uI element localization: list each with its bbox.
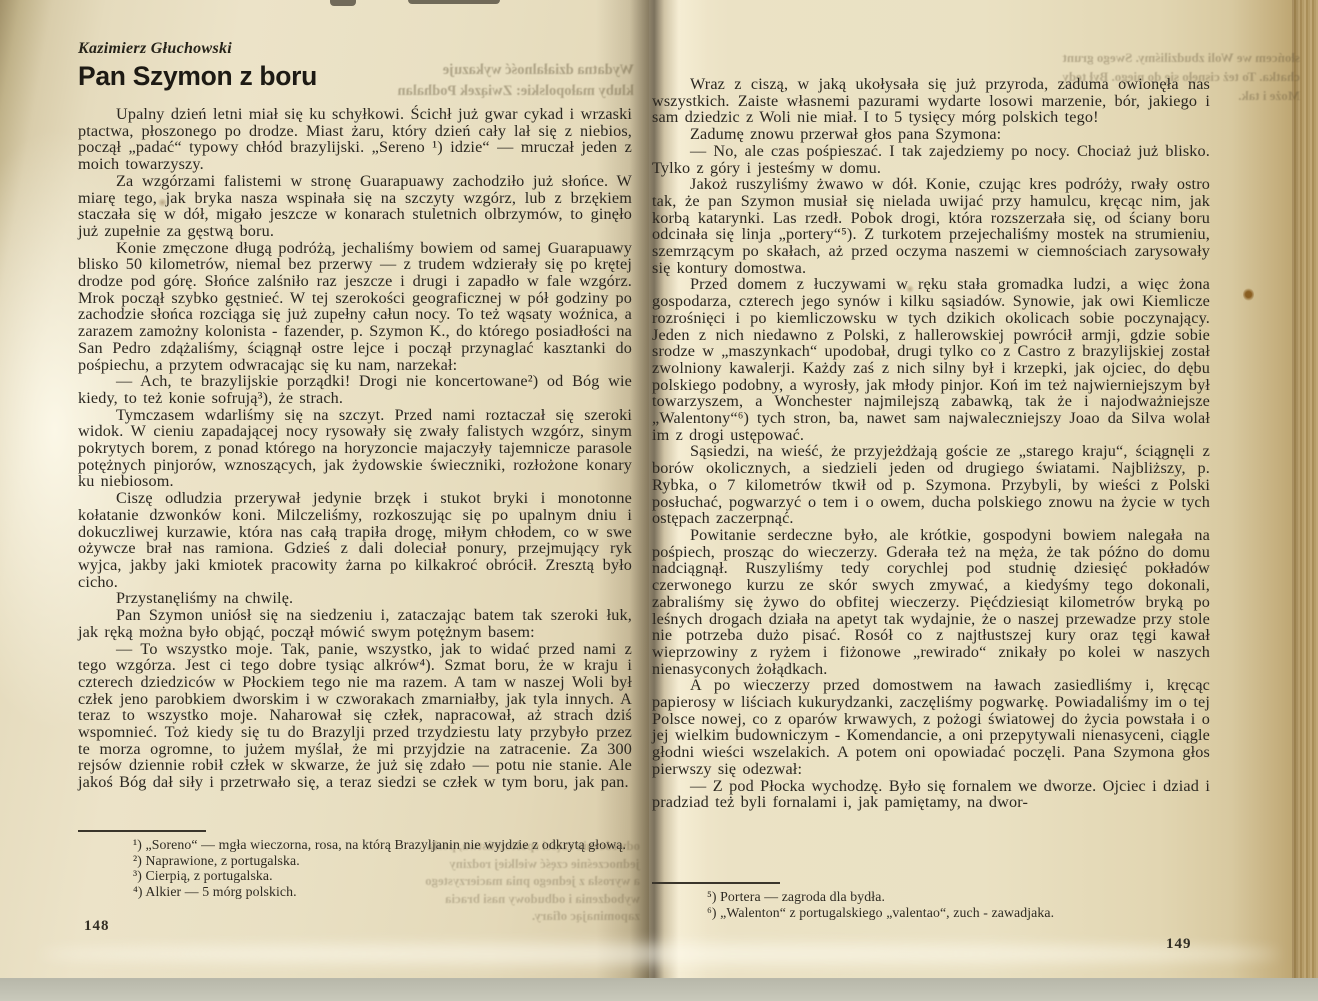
author-name: Kazimierz Głuchowski <box>78 40 632 58</box>
paragraph: Tymczasem wdarliśmy się na szczyt. Przed… <box>78 407 632 491</box>
footnote: ⁶) „Walenton“ z portugalskiego „valentao… <box>652 905 1210 921</box>
paragraph: Wraz z ciszą, w jaką ukołysała się już p… <box>652 76 1210 126</box>
footnote: ³) Cierpią, z portugalska. <box>78 868 632 884</box>
page-number: 148 <box>84 918 110 935</box>
paragraph: Przed domem z łuczywami w ręku stała gro… <box>652 276 1210 443</box>
footnote-rule <box>652 882 780 884</box>
left-page-body: Upalny dzień letni miał się ku schyłkowi… <box>78 106 632 791</box>
paragraph: — Ach, te brazylijskie porządki! Drogi n… <box>78 373 632 406</box>
paragraph: Sąsiedzi, na wieść, że przyjeżdżają gośc… <box>652 443 1210 527</box>
edge-smudge <box>408 0 500 4</box>
page-edge <box>1292 0 1318 978</box>
paragraph: Jakoż ruszyliśmy żwawo w dół. Konie, czu… <box>652 176 1210 276</box>
right-page-body: Wraz z ciszą, w jaką ukołysała się już p… <box>652 76 1210 811</box>
footnote: ⁴) Alkier — 5 mórg polskich. <box>78 884 632 900</box>
page-number: 149 <box>1166 936 1192 953</box>
right-page-content: Wraz z ciszą, w jaką ukołysała się już p… <box>652 76 1210 811</box>
footnote: ⁵) Portera — zagroda dla bydła. <box>652 889 1210 905</box>
footnote: ¹) „Soreno“ — mgła wieczorna, rosa, na k… <box>78 837 632 853</box>
paragraph: Za wzgórzami falistemi w stronę Guarapua… <box>78 173 632 240</box>
paragraph: Przystanęliśmy na chwilę. <box>78 590 632 607</box>
footnote: ²) Naprawione, z portugalska. <box>78 853 632 869</box>
paragraph: Zadumę znowu przerwał głos pana Szymona: <box>652 126 1210 143</box>
right-footnotes: ⁵) Portera — zagroda dla bydła. ⁶) „Wale… <box>652 882 1210 920</box>
article-title: Pan Szymon z boru <box>78 61 621 92</box>
left-page-content: Kazimierz Głuchowski Pan Szymon z boru U… <box>78 40 632 791</box>
paragraph: Ciszę odludzia przerywał jedynie brzęk i… <box>78 490 632 590</box>
paragraph: Upalny dzień letni miał się ku schyłkowi… <box>78 106 632 173</box>
footnote-rule <box>78 830 206 832</box>
page-curvature-highlight <box>40 944 1280 964</box>
edge-smudge <box>330 0 356 6</box>
left-footnotes: ¹) „Soreno“ — mgła wieczorna, rosa, na k… <box>78 830 632 899</box>
scanner-background <box>0 978 1318 1001</box>
paragraph: Konie zmęczone długą podróżą, jechaliśmy… <box>78 240 632 374</box>
paragraph: — No, ale czas pośpieszać. I tak zajedzi… <box>652 143 1210 176</box>
paragraph: Powitanie serdeczne było, ale krótkie, g… <box>652 527 1210 677</box>
paragraph: Pan Szymon uniósł się na siedzeniu i, za… <box>78 607 632 640</box>
book-scan: Wydatna działalność wykazuje kluby małop… <box>0 0 1318 1001</box>
paragraph: — To wszystko moje. Tak, panie, wszystko… <box>78 641 632 791</box>
paragraph: — Z pod Płocka wychodzę. Było się fornal… <box>652 778 1210 811</box>
paragraph: A po wieczerzy przed domostwem na ławach… <box>652 677 1210 777</box>
